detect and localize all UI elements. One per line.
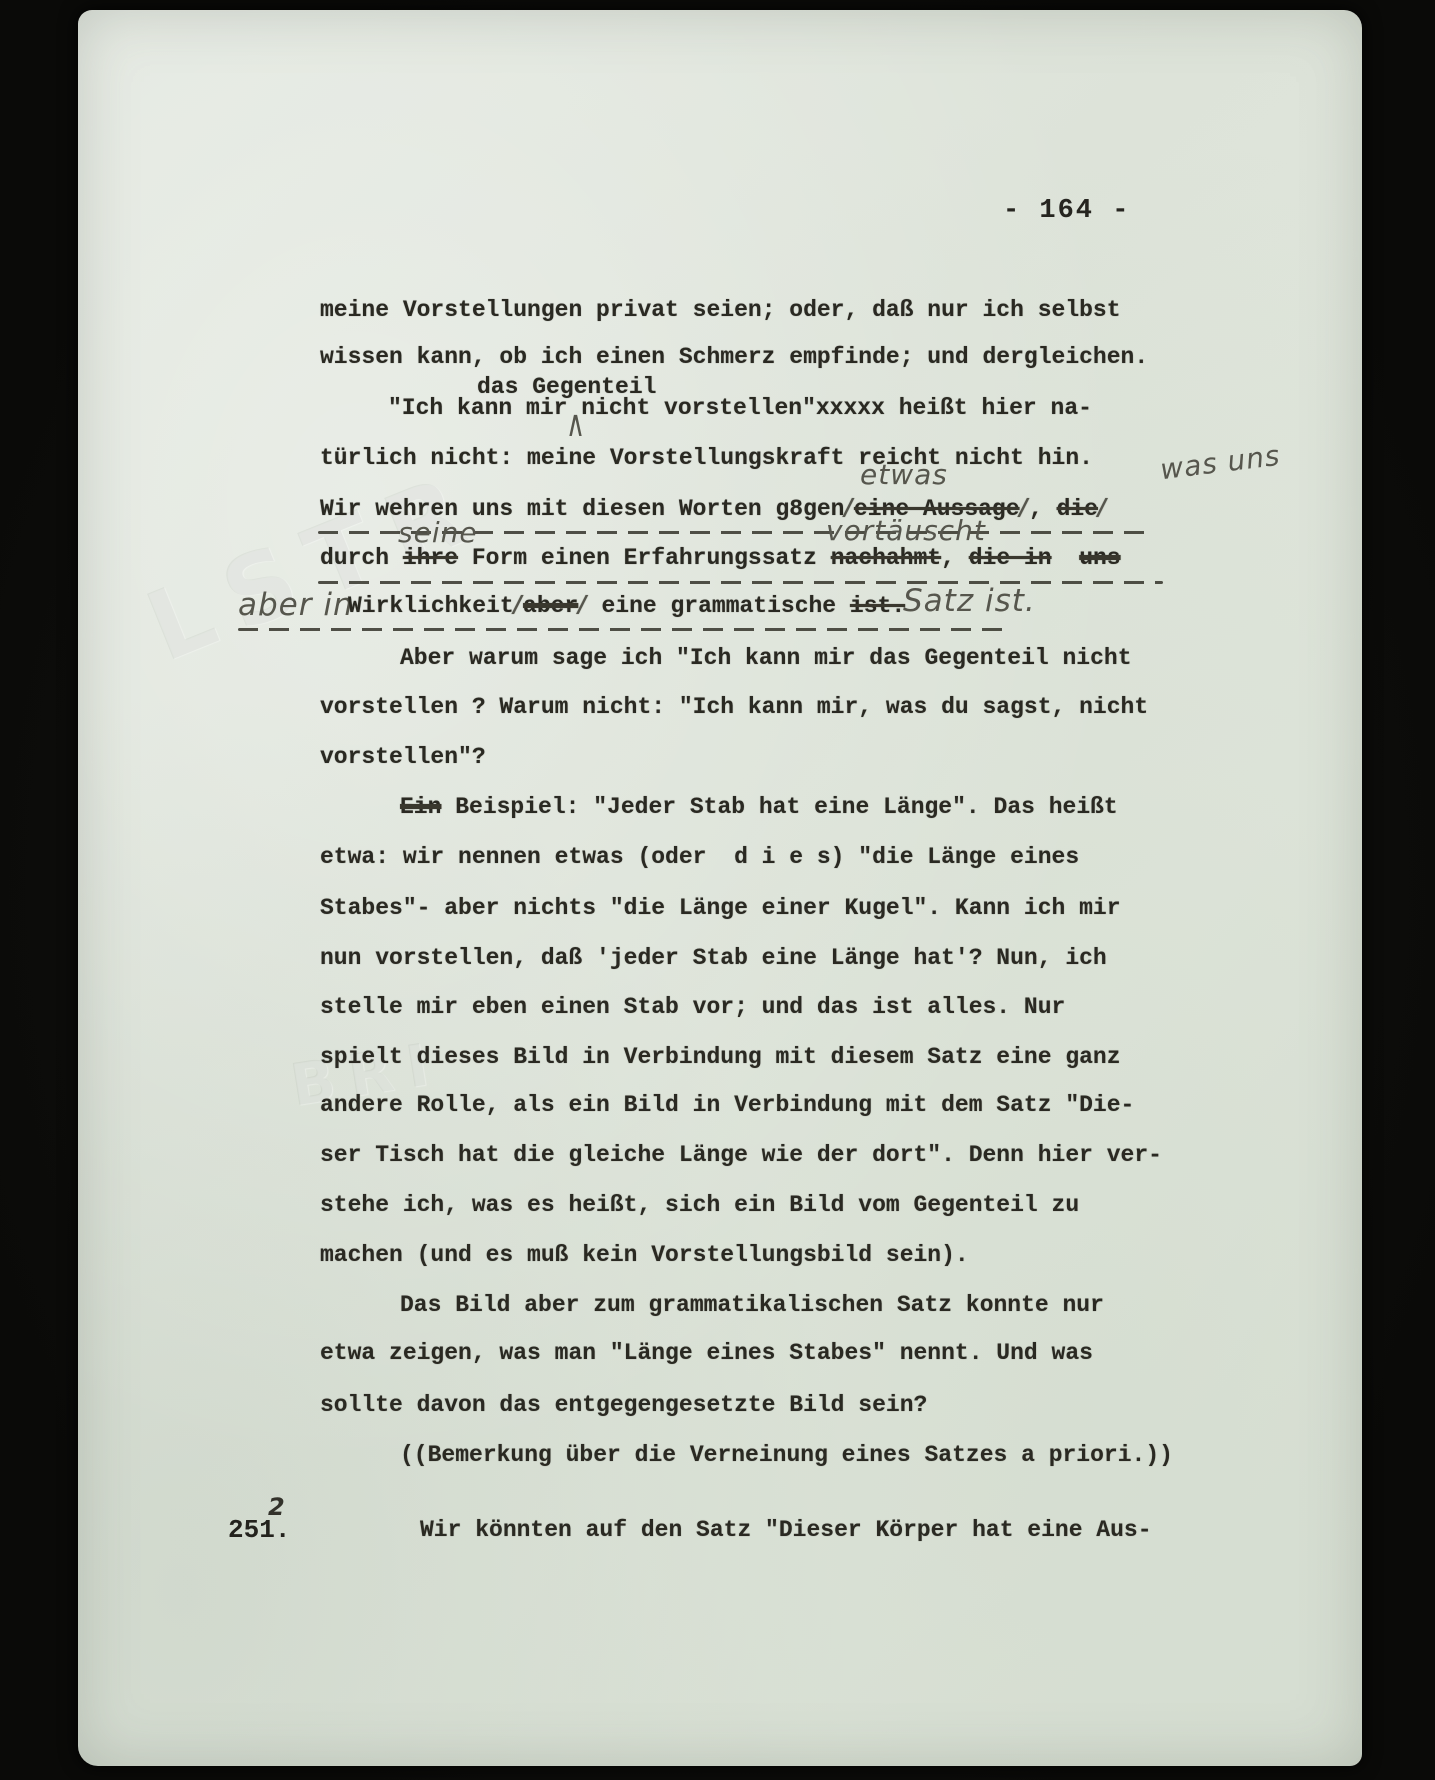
- handwritten-note: vortäuscht: [826, 516, 986, 546]
- typed-text: Wirklichkeit: [348, 593, 514, 619]
- handwritten-note: etwas: [860, 460, 948, 490]
- struck-text: die: [1057, 496, 1098, 522]
- typed-text: eine grammatische: [588, 593, 850, 619]
- typed-text: Beispiel: "Jeder Stab hat eine Länge". D…: [441, 794, 1117, 820]
- handwritten-note: seine: [398, 518, 478, 548]
- typed-text: nicht vorstellen": [581, 395, 816, 421]
- typed-text: ,: [941, 545, 969, 571]
- struck-text: nachahmt: [831, 545, 941, 571]
- typed-line: "Ich kann mir nicht vorstellen"xxxxx hei…: [388, 393, 1092, 423]
- pencil-slash: /: [1020, 495, 1029, 521]
- typed-line: vorstellen ? Warum nicht: "Ich kann mir,…: [320, 692, 1148, 722]
- typed-line: etwa zeigen, was man "Länge eines Stabes…: [320, 1338, 1093, 1368]
- typed-line: Aber warum sage ich "Ich kann mir das Ge…: [400, 643, 1132, 673]
- typed-line: spielt dieses Bild in Verbindung mit die…: [320, 1042, 1121, 1072]
- typed-text: durch: [320, 545, 403, 571]
- typed-line: Wir könnten auf den Satz "Dieser Körper …: [420, 1515, 1152, 1545]
- typed-line-edited: Wirklichkeit/aber/ eine grammatische ist…: [348, 590, 905, 621]
- typed-line: türlich nicht: meine Vorstellungskraft r…: [320, 443, 1093, 473]
- typed-text: heißt hier na-: [885, 395, 1092, 421]
- typed-line: meine Vorstellungen privat seien; oder, …: [320, 295, 1121, 325]
- typed-text: [1052, 545, 1080, 571]
- pencil-slash: /: [514, 592, 523, 618]
- typed-line: stelle mir eben einen Stab vor; und das …: [320, 992, 1065, 1022]
- struck-text: Ein: [400, 794, 441, 820]
- pencil-slash: /: [1098, 495, 1107, 521]
- typed-line: Das Bild aber zum grammatikalischen Satz…: [400, 1290, 1104, 1320]
- pencil-slash: /: [578, 592, 587, 618]
- typed-text: "Ich kann mir: [388, 395, 581, 421]
- typed-line: sollte davon das entgegengesetzte Bild s…: [320, 1390, 927, 1420]
- typed-line-edited: Ein Beispiel: "Jeder Stab hat eine Länge…: [400, 792, 1118, 822]
- typed-line: etwa: wir nennen etwas (oder d i e s) "d…: [320, 842, 1079, 872]
- typed-line: Stabes"- aber nichts "die Länge einer Ku…: [320, 893, 1121, 923]
- typed-line: wissen kann, ob ich einen Schmerz empfin…: [320, 342, 1148, 372]
- handwritten-superscript: 2: [268, 1493, 285, 1521]
- typed-text: Form einen Erfahrungssatz: [458, 545, 831, 571]
- handwritten-note: Satz ist.: [903, 586, 1036, 616]
- typed-line: ((Bemerkung über die Verneinung eines Sa…: [400, 1440, 1173, 1470]
- typed-line: vorstellen"?: [320, 742, 486, 772]
- typed-dash-underline: [238, 628, 1003, 631]
- typed-line: andere Rolle, als ein Bild in Verbindung…: [320, 1090, 1134, 1120]
- typed-line: nun vorstellen, daß 'jeder Stab eine Län…: [320, 943, 1107, 973]
- handwritten-note: aber in: [238, 590, 354, 620]
- struck-text: die in: [969, 545, 1052, 571]
- margin-remark-number: 251.2: [228, 1515, 290, 1545]
- struck-text: uns: [1079, 545, 1120, 571]
- overtyped-xxxx: xxxxx: [816, 395, 885, 421]
- typed-dash-underline: [318, 581, 1163, 584]
- typed-line: stehe ich, was es heißt, sich ein Bild v…: [320, 1190, 1079, 1220]
- page-number: - 164 -: [1003, 196, 1130, 226]
- typed-line: ser Tisch hat die gleiche Länge wie der …: [320, 1140, 1162, 1170]
- struck-text: aber: [523, 593, 578, 619]
- typed-text: ,: [1029, 496, 1057, 522]
- struck-text: ist.: [850, 593, 905, 619]
- typed-line: machen (und es muß kein Vorstellungsbild…: [320, 1240, 969, 1270]
